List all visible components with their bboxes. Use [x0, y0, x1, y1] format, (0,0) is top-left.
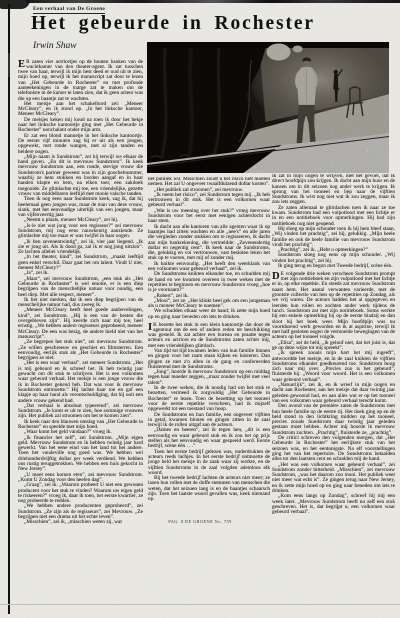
paragraph: Hij sloeg op mijn schouder toen ik bij h…	[272, 227, 395, 248]
paragraph: ER zaten vier actricetjes op de houten b…	[18, 60, 143, 102]
stage-scene-drawing	[147, 42, 389, 173]
paragraph: „Mijn naam is Sundstrom”, zei hij terwij…	[18, 155, 143, 197]
paragraph: „In het theater, kind”, zei Sundstrom, „…	[18, 255, 143, 271]
paragraph: „Het was een volkomen waar gebeurd verha…	[272, 463, 395, 495]
paragraph: Ik dacht aan alle kantoren van alle agen…	[148, 225, 270, 262]
paragraph: „Het is een waar verhaal”, zei meneer Su…	[18, 361, 143, 403]
paragraph: het publiek wil. Misschien zoudt u het r…	[148, 177, 270, 188]
drop-cap: E	[18, 60, 25, 70]
paragraph: „Ze begrepen het stuk niet”, zei mevrouw…	[18, 340, 143, 361]
page-title: Het gebeurde in Rochester	[31, 13, 315, 35]
paragraph: „Ik spreek zooals mijn hart het mij inge…	[272, 351, 395, 383]
scan-artifact-corner	[0, 0, 30, 9]
scanned-magazine-scan: Een verhaal van De Groene Het gebeurde i…	[0, 0, 400, 618]
scan-artifact-bottom-line	[0, 604, 400, 605]
scan-artifact-top-edge	[26, 0, 400, 3]
paragraph: „Wat is uw meening over het stuk?” vroeg…	[148, 209, 270, 225]
paragraph: „Natuurlijk”, zei ik, en ik wreef in mij…	[272, 383, 395, 404]
paragraph: „Kom eens langs op Zondag”, schreef hij …	[272, 494, 395, 515]
paragraph: Bij het tweede bedrijf lachten de acteur…	[148, 476, 270, 502]
paragraph: DE volgende drie weken verscheen Sundstr…	[272, 272, 395, 341]
paragraph: „Jong”, hoorde ik mevrouw Sundstrom op e…	[148, 370, 270, 386]
paragraph: Er zat een blond mannetje in het linksch…	[18, 134, 143, 155]
paragraph: „Graag”, zei ik. „Waarom probeert U niet…	[18, 483, 143, 504]
author-byline: Irwin Shaw	[33, 41, 77, 51]
paragraph: „Dat verhaal is absoluut typeerend”, zei…	[18, 404, 143, 420]
paragraph: „Ik neem het risico”, zei Sundstrom tege…	[148, 193, 270, 209]
paragraph: Toen ik nog eens naar Sundstrom keek, za…	[18, 197, 143, 218]
paragraph: De critici schreven den volgenden morgen…	[272, 436, 395, 462]
paragraph: IK bezette het stuk in een klein kantoor…	[148, 323, 270, 349]
paragraph: We schudden elkaar weer de hand; ik zett…	[148, 309, 270, 320]
paragraph: In de twee weken, die ik noodig had om h…	[148, 386, 270, 412]
text-column-1: ER zaten vier actricetjes op de houten b…	[18, 57, 143, 535]
drop-cap: D	[272, 272, 280, 282]
paragraph: Toen het eerste bedrijf gelezen was, ond…	[148, 450, 270, 476]
magazine-page: Een verhaal van De Groene Het gebeurde i…	[0, 0, 400, 618]
story-illustration	[147, 42, 389, 173]
paragraph: Ik zat in mijn oogen te wrijven, met het…	[272, 174, 395, 206]
paragraph: De Sundstroms knikten elkander toe, en s…	[148, 272, 270, 293]
paragraph: Ik ging terug en begon met Tweede bedrij…	[272, 264, 395, 269]
halftone-grain	[147, 42, 389, 173]
text-column-2: het publiek wil. Misschien zoudt u het r…	[148, 177, 270, 533]
paragraph: Den avond van de première zaten de Sunds…	[272, 404, 395, 436]
paragraph: „Maar”, zei mevrouw Sundstrom, „een stuk…	[18, 277, 143, 298]
paragraph: Het meisje aan het schakelbord zei: „Men…	[18, 102, 143, 118]
paragraph: Van tijd tot tijd kwamen leden van hun f…	[148, 349, 270, 370]
paragraph: De meisjes keken mij koud na toen ik doo…	[18, 118, 143, 134]
paragraph: „We hebben andere producenten geprobeerd…	[18, 504, 143, 520]
paragraph: Ze zaten allemaal te glimlachen toen ik …	[272, 206, 395, 227]
page-footer: PAG. 8 DE GROENE No. 759	[0, 519, 400, 524]
paragraph: „Meneer McCleary heeft heel goede aanbev…	[18, 308, 143, 340]
paragraph: „Dames en heeren”, zei ik tegen hen, „di…	[148, 428, 270, 449]
paragraph: „Ik financier het zelf”, zei Sundstrom. …	[18, 436, 143, 473]
drop-cap: I	[148, 323, 152, 333]
text-column-3: Ik zat in mijn oogen te wrijven, met het…	[272, 174, 395, 533]
paragraph: „Is-ie niet wat jong voor een regisseur?…	[18, 224, 143, 240]
